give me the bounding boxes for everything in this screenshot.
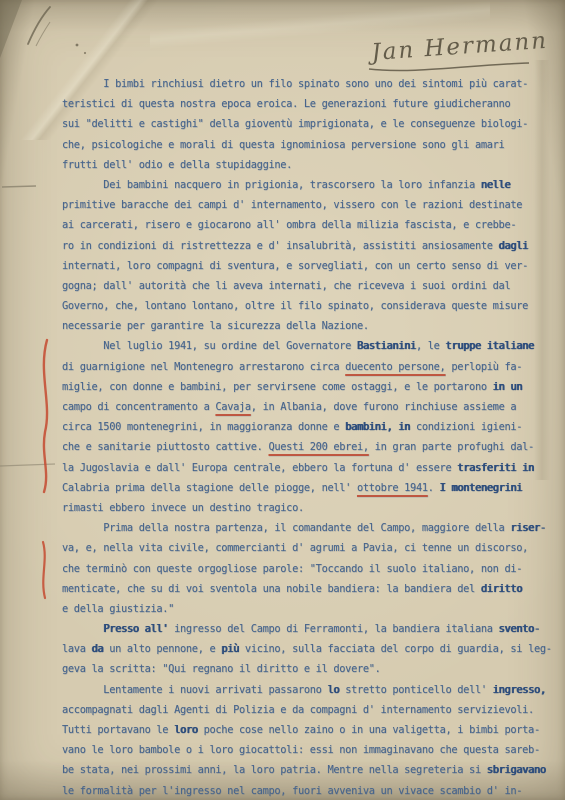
typed-line: gogna; dall' autorità che li aveva inter… [62,276,562,296]
typed-line: sui "delitti e castighi" della gioventù … [62,114,562,134]
typed-line: Presso all' ingresso del Campo di Ferram… [62,619,562,639]
typed-line: Prima della nostra partenza, il comandan… [62,518,562,538]
overstruck-text: nelle [481,179,511,191]
overstruck-text: riser- [510,522,545,534]
typed-line: le formalità per l'ingresso nel campo, f… [62,781,562,800]
overstruck-text: Bastianini [357,340,416,352]
pencil-margin-dash [2,186,36,187]
red-margin-line-2 [43,542,45,598]
typed-line: Tutti portavano le loro poche cose nello… [62,720,562,740]
pencil-margin-dash [0,464,55,466]
overstruck-text: sbrigavano [487,764,546,776]
signature-text: Jan Hermann [367,28,549,67]
page-corner-shadow [0,0,22,58]
signature-underline [369,63,529,70]
red-underlined-phrase: duecento persone, [345,361,445,373]
typed-line: lava da un alto pennone, e più vicino, s… [62,639,562,659]
overstruck-text: trasferiti in [457,462,534,474]
typed-line: la Jugoslavia e dall' Europa centrale, e… [62,458,562,478]
typed-line: e della giustizia." [62,599,562,619]
typed-line: rimasti ebbero invece un destino tragico… [62,498,562,518]
red-underlined-phrase: Questi 200 ebrei, [268,441,368,453]
typed-line: geva la scritta: "Qui regnano il diritto… [62,659,562,679]
overstruck-text: truppe italiane [445,340,534,352]
typed-line: Nel luglio 1941, su ordine del Governato… [62,336,562,356]
typed-line: miglie, con donne e bambini, per servirs… [62,377,562,397]
typed-line: necessarie per garantire la sicurezza de… [62,316,562,336]
overstruck-text: svento- [499,623,540,635]
overstruck-text: loro [174,724,198,736]
pencil-scribble [36,22,50,46]
typed-line: che terminò con queste orgogliose parole… [62,559,562,579]
overstruck-text: più [221,643,239,655]
typed-line: teristici di questa nostra epoca eroica.… [62,94,562,114]
overstruck-text: da [92,643,104,655]
typed-line: Dei bambini nacquero in prigionia, trasc… [62,175,562,195]
pencil-scribble [28,7,50,44]
typed-line: primitive baracche dei campi d' internam… [62,195,562,215]
typed-line: Lentamente i nuovi arrivati passarono lo… [62,680,562,700]
overstruck-text: bambini, in [345,421,410,433]
typed-line: va, e, nella vita civile, commercianti d… [62,538,562,558]
typed-line: che, psicologiche e morali di questa ign… [62,135,562,155]
typed-line: be stata, nei prossimi anni, la loro pat… [62,760,562,780]
typed-line: di guarnigione nel Montenegro arrestaron… [62,357,562,377]
typed-line: campo di concentramento a Cavaja, in Alb… [62,397,562,417]
typed-line: accompagnati dagli Agenti di Polizia e d… [62,700,562,720]
red-underlined-phrase: ottobre 1941 [357,482,428,494]
typed-line: vano le loro bambole o i loro giocattoli… [62,740,562,760]
pencil-dot [76,44,79,47]
scanned-typewritten-page: Jan Hermann I bimbi rinchiusi dietro un … [0,0,565,800]
typed-line: che e sanitarie piuttosto cattive. Quest… [62,437,562,457]
overstruck-text: ingresso, [493,684,546,696]
typed-line: frutti dell' odio e della stupidaggine. [62,155,562,175]
overstruck-text: Presso all' [103,623,168,635]
red-underlined-phrase: Cavaja [215,401,250,413]
overstruck-text: lo [322,684,346,696]
typed-line: Calabria prima della stagione delle piog… [62,478,562,498]
overstruck-text: I montenegrini [440,482,523,494]
red-margin-line-1 [44,340,47,492]
typed-line: ro in condizioni di ristrettezza e d' in… [62,236,562,256]
overstruck-text: diritto [481,583,522,595]
typed-line: menticate, che su di voi sventola una no… [62,579,562,599]
paper-crease [150,0,490,70]
typed-line: ai carcerati, risero e giocarono all' om… [62,215,562,235]
overstruck-text: dagli [499,240,529,252]
typed-line: I bimbi rinchiusi dietro un filo spinato… [62,74,562,94]
typed-text: I bimbi rinchiusi dietro un filo spinato… [62,74,562,800]
pencil-dot [84,52,86,54]
typed-line: internati, loro compagni di sventura, e … [62,256,562,276]
typed-line: circa 1500 montenegrini, in maggioranza … [62,417,562,437]
typed-line: Governo, che, lontano lontano, oltre il … [62,296,562,316]
overstruck-text: in un [493,381,523,393]
